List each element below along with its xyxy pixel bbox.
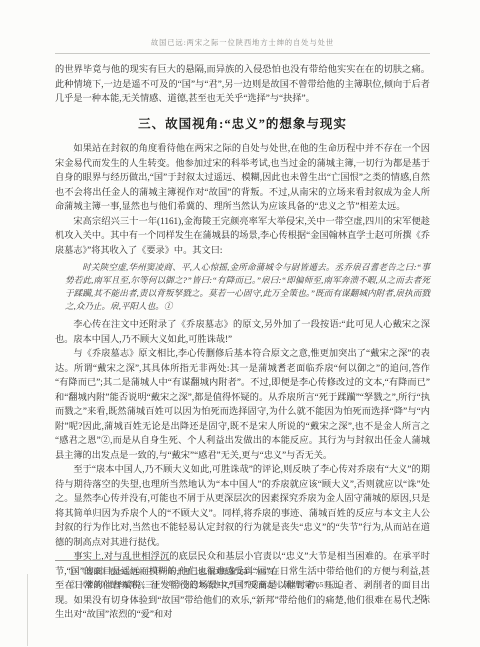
page-body: 的世界毕竟与他的现实有巨大的悬隔,而异族的入侵恐怕也没有带给他实实在在的切肤之痛… — [55, 62, 430, 622]
footnote-divider — [55, 560, 170, 561]
page-number: 101 — [414, 592, 428, 602]
running-header-text: 故国已远:两宋之际一位陕西地方士绅的自处与处世 — [151, 39, 334, 47]
document-page: 故国已远:两宋之际一位陕西地方士绅的自处与处世 的世界毕竟与他的现实有巨大的悬隔… — [0, 0, 480, 647]
footnotes-section: ① 《要录》卷193,绍兴三十一年十月己未,第3册,第764—765页。 ② 《… — [55, 560, 430, 591]
section-heading: 三、故国视角:“忠义”的想象与现实 — [55, 117, 430, 132]
paragraph: 与《乔扆墓志》原文相比,李心传删修后基本符合原文之意,惟更加突出了“戴宋之深”的… — [55, 346, 430, 462]
paragraph: 如果站在封叙的角度看待他在两宋之际的自处与处世,在他的生命历程中并不存在一个因宋… — [55, 141, 430, 214]
running-header: 故国已远:两宋之际一位陕西地方士绅的自处与处世 — [55, 38, 430, 54]
scan-artifact-line — [27, 574, 28, 646]
paragraph: 至于“扆本中国人,乃不顾大义如此,可胜诛哉”的评论,则反映了李心传对乔扆有“大义… — [55, 462, 430, 549]
footnote-item: ① 《要录》卷193,绍兴三十一年十月己未,第3册,第764—765页。 — [55, 565, 430, 578]
footnote-item: ② 《要录》卷193,绍兴三十一年十月己未条注文引《乔扆墓志》,第3册,第765… — [55, 578, 430, 591]
paragraph: 李心传在注文中还附录了《乔扆墓志》的原文,另外加了一段按语:“此可见人心戴宋之深… — [55, 317, 430, 346]
paragraph: 宋高宗绍兴三十一年(1161),金海陵王完颜亮率军大举侵宋,关中一带空虚,四川的… — [55, 214, 430, 258]
paragraph-continuation: 的世界毕竟与他的现实有巨大的悬隔,而异族的入侵恐怕也没有带给他实实在在的切肤之痛… — [55, 62, 430, 106]
block-quote: 时关陕空虚,华州窦凌商、平,人心惊摇,金所命蒲城令与尉皆遁去。丞乔扆召耆老告之曰… — [65, 261, 430, 313]
